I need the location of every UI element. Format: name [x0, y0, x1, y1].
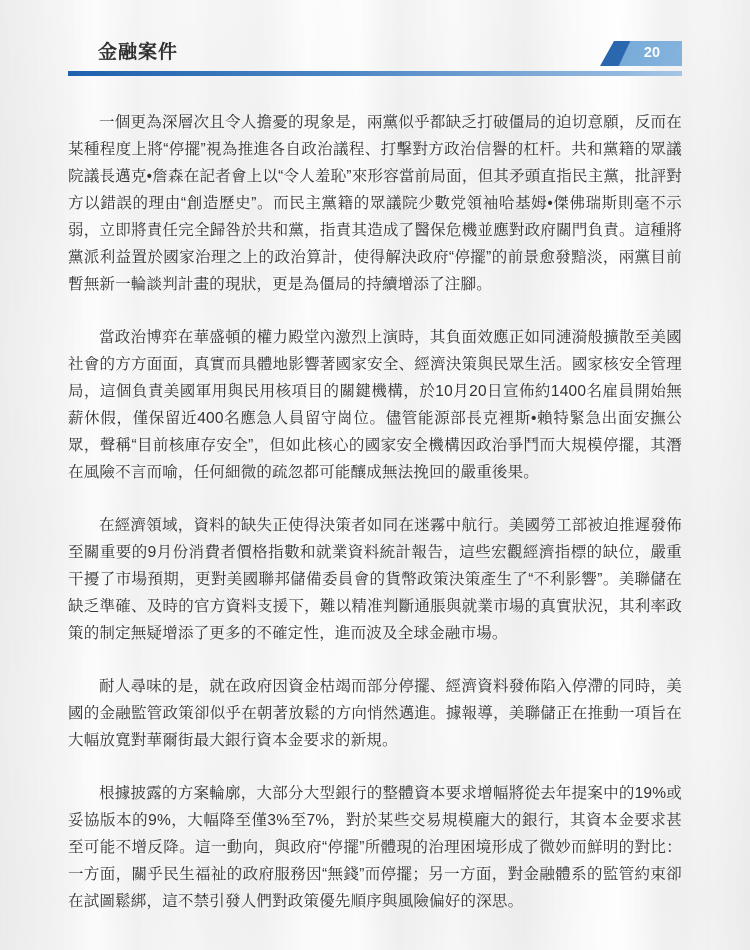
header-divider	[68, 71, 682, 76]
article-paragraph: 在經濟領域，資料的缺失正使得決策者如同在迷霧中航行。美國勞工部被迫推遲發佈至關重…	[68, 512, 682, 647]
article-paragraph: 當政治博弈在華盛頓的權力殿堂內激烈上演時，其負面效應正如同漣漪般擴散至美國社會的…	[68, 324, 682, 486]
page-number-badge: 20	[600, 41, 682, 66]
article-paragraph: 一個更為深層次且令人擔憂的現象是，兩黨似乎都缺乏打破僵局的迫切意願，反而在某種程…	[68, 109, 682, 298]
article-paragraph: 根據披露的方案輪廓，大部分大型銀行的整體資本要求增幅將從去年提案中的19%或妥協…	[68, 780, 682, 915]
document-page: 金融案件 20 一個更為深層次且令人擔憂的現象是，兩黨似乎都缺乏打破僵局的迫切意…	[0, 0, 750, 950]
article-body: 一個更為深層次且令人擔憂的現象是，兩黨似乎都缺乏打破僵局的迫切意願，反而在某種程…	[0, 109, 750, 915]
article-paragraph: 耐人尋味的是，就在政府因資金枯竭而部分停擺、經濟資料發佈陷入停滯的同時，美國的金…	[68, 673, 682, 754]
header-row: 金融案件 20	[68, 0, 682, 66]
page-header: 金融案件 20	[0, 0, 750, 76]
page-number: 20	[644, 46, 660, 61]
section-title: 金融案件	[68, 43, 178, 62]
